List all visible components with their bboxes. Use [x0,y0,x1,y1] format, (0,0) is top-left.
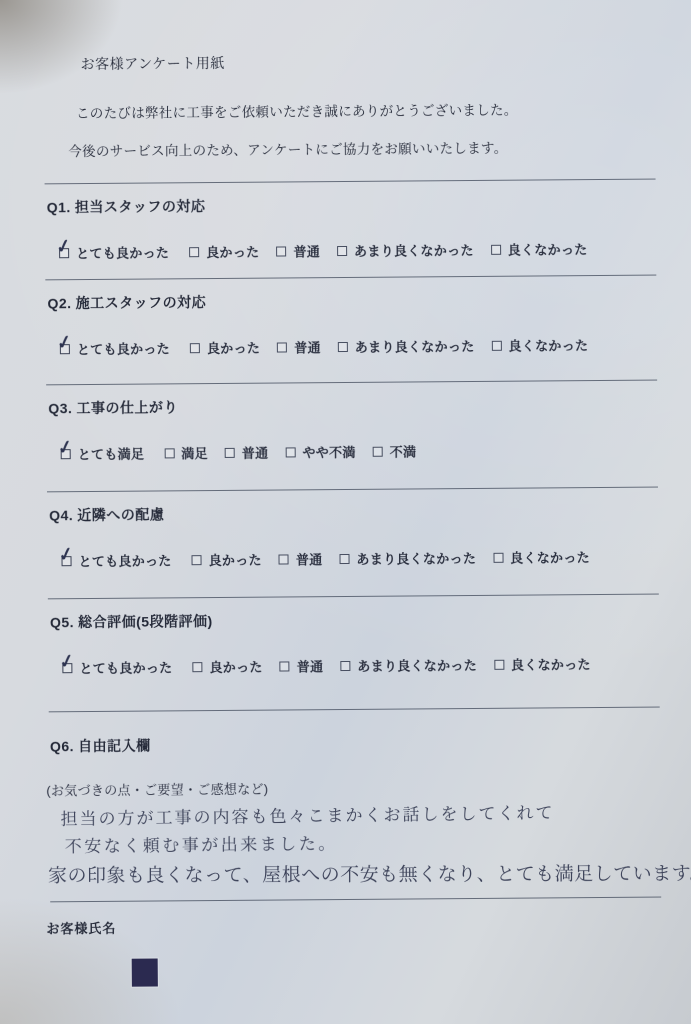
question-text: 工事の仕上がり [76,399,178,416]
option-q1-3: 普通 [276,241,320,260]
checkbox-icon [280,661,290,671]
options-row: ✓とても良かった良かった普通あまり良くなかった良くなかった [62,653,691,677]
checkbox-icon [190,343,200,353]
option-label: 普通 [294,337,321,356]
checkbox-icon [373,446,383,456]
option-q2-5: 良くなかった [491,335,588,355]
option-label: あまり良くなかった [355,336,475,356]
customer-name-label: お客様氏名 [46,913,691,937]
intro-section: お客様アンケート用紙 このたびは弊社に工事をご依頼いただき誠にありがとうございま… [0,0,689,184]
checkbox-icon [279,554,289,564]
option-label: 良かった [209,550,262,569]
option-label: 良くなかった [508,239,588,259]
page-title: お客様アンケート用紙 [81,49,688,74]
checkbox-icon: ✓ [62,663,72,673]
checkbox-icon [493,552,503,562]
option-label: 普通 [296,549,323,568]
checkbox-icon [491,340,501,350]
checkbox-icon: ✓ [59,248,69,258]
question-q5: Q5.総合評価(5段階評価)✓とても良かった良かった普通あまり良くなかった良くな… [1,594,691,711]
option-q2-3: 普通 [277,337,321,356]
option-q4-3: 普通 [279,549,323,568]
option-q2-2: 良かった [190,338,260,358]
intro-request-line: 今後のサービス向上のため、アンケートにご協力をお願いいたします。 [68,137,688,162]
option-q5-5: 良くなかった [494,654,591,674]
checkbox-icon [225,447,235,457]
option-q5-2: 良かった [192,657,262,677]
question-label: Q1.担当スタッフの対応 [47,192,689,217]
question-label: Q2.施工スタッフの対応 [47,288,689,313]
option-q2-1: ✓とても良かった [60,338,170,358]
option-q3-1: ✓とても満足 [61,444,145,464]
survey-sheet: お客様アンケート用紙 このたびは弊社に工事をご依頼いただき誠にありがとうございま… [0,0,691,1024]
option-q5-3: 普通 [280,656,324,675]
option-q1-2: 良かった [189,242,259,262]
question-number: Q6. [50,738,74,754]
option-q1-5: 良くなかった [491,239,588,259]
handwritten-comment-line-2: 不安なく頼む事が出来ました。 [65,827,691,860]
question-q1: Q1.担当スタッフの対応✓とても良かった良かった普通あまり良くなかった良くなかっ… [0,179,689,279]
option-label: 良かった [206,242,259,261]
question-text: 総合評価(5段階評価) [78,613,213,630]
option-label: とても満足 [78,444,145,464]
checkbox-icon [276,246,286,256]
option-label: あまり良くなかった [354,240,474,260]
option-label: 良くなかった [508,335,588,355]
question-q2: Q2.施工スタッフの対応✓とても良かった良かった普通あまり良くなかった良くなかっ… [0,275,690,384]
checkbox-icon [192,555,202,565]
option-q4-1: ✓とても良かった [61,550,171,570]
options-row: ✓とても良かった良かった普通あまり良くなかった良くなかった [61,546,691,570]
checkmark-icon: ✓ [55,331,74,352]
question-label: Q3.工事の仕上がり [48,393,690,418]
options-row: ✓とても満足満足普通やや不満不満 [61,439,691,463]
checkmark-icon: ✓ [56,436,75,457]
option-q1-4: あまり良くなかった [337,240,474,260]
question-text: 施工スタッフの対応 [76,294,207,311]
checkbox-icon [192,662,202,672]
option-label: 不満 [390,441,417,460]
question-text: 担当スタッフの対応 [75,198,206,215]
option-label: 良くなかった [510,547,590,567]
checkbox-icon [339,553,349,563]
checkbox-icon [340,660,350,670]
question-number: Q5. [50,614,74,630]
footer-section: お客様氏名 [3,897,691,987]
question-label: Q5.総合評価(5段階評価) [50,607,691,632]
checkbox-icon: ✓ [61,449,71,459]
free-entry-note: (お気づきの点・ご要望・ご感想など) [46,775,691,799]
free-entry-label: Q6.自由記入欄 [50,731,691,756]
option-label: やや不満 [302,442,355,461]
checkbox-icon [494,659,504,669]
checkbox-icon: ✓ [60,344,70,354]
questions-list: Q1.担当スタッフの対応✓とても良かった良かった普通あまり良くなかった良くなかっ… [0,179,691,712]
option-label: 普通 [242,443,269,462]
checkbox-icon: ✓ [61,556,71,566]
checkmark-icon: ✓ [54,235,73,256]
question-q3: Q3.工事の仕上がり✓とても満足満足普通やや不満不満 [0,380,691,491]
option-label: 満足 [181,443,208,462]
option-q3-2: 満足 [164,443,208,462]
option-label: 良くなかった [511,654,591,674]
question-q4: Q4.近隣への配慮✓とても良かった良かった普通あまり良くなかった良くなかった [0,487,691,598]
checkbox-icon [285,447,295,457]
option-q5-1: ✓とても良かった [62,657,172,677]
option-q3-3: 普通 [225,443,269,462]
question-number: Q2. [47,295,71,311]
question-text: 自由記入欄 [78,738,151,755]
checkbox-icon [491,244,501,254]
option-label: あまり良くなかった [357,655,477,675]
option-q5-4: あまり良くなかった [340,655,477,675]
option-q2-4: あまり良くなかった [338,336,475,356]
free-entry-section: Q6.自由記入欄 (お気づきの点・ご要望・ご感想など) 担当の方が工事の内容も色… [2,707,691,901]
checkbox-icon [164,448,174,458]
option-label: 普通 [297,656,324,675]
option-q4-5: 良くなかった [493,547,590,567]
checkmark-icon: ✓ [57,543,76,564]
question-text: 近隣への配慮 [77,506,164,523]
checkbox-icon [277,342,287,352]
option-label: とても良かった [78,550,171,570]
option-q4-2: 良かった [192,550,262,570]
question-number: Q4. [49,507,73,523]
option-q1-1: ✓とても良かった [59,242,169,262]
question-number: Q1. [47,199,71,215]
survey-sheet-photo: お客様アンケート用紙 このたびは弊社に工事をご依頼いただき誠にありがとうございま… [0,0,691,1024]
option-q4-4: あまり良くなかった [339,548,476,568]
option-label: 良かった [209,657,262,676]
option-label: とても良かった [77,338,170,358]
option-label: 良かった [207,338,260,357]
checkbox-icon [189,247,199,257]
customer-name-redaction [132,958,158,986]
question-label: Q4.近隣への配慮 [49,500,691,525]
option-label: あまり良くなかった [356,548,476,568]
checkbox-icon [338,341,348,351]
options-row: ✓とても良かった良かった普通あまり良くなかった良くなかった [60,334,690,358]
question-number: Q3. [48,400,72,416]
handwritten-comment-line-3: 家の印象も良くなって、屋根への不安も無くなり、とても満足しています。 [48,860,691,892]
option-label: とても良かった [76,242,169,262]
option-label: とても良かった [79,657,172,677]
options-row: ✓とても良かった良かった普通あまり良くなかった良くなかった [59,238,689,262]
intro-thanks-line: このたびは弊社に工事をご依頼いただき誠にありがとうございました。 [76,99,688,124]
option-q3-4: やや不満 [285,442,355,462]
option-label: 普通 [293,241,320,260]
checkmark-icon: ✓ [58,650,77,671]
option-q3-5: 不満 [373,441,417,460]
checkbox-icon [337,245,347,255]
